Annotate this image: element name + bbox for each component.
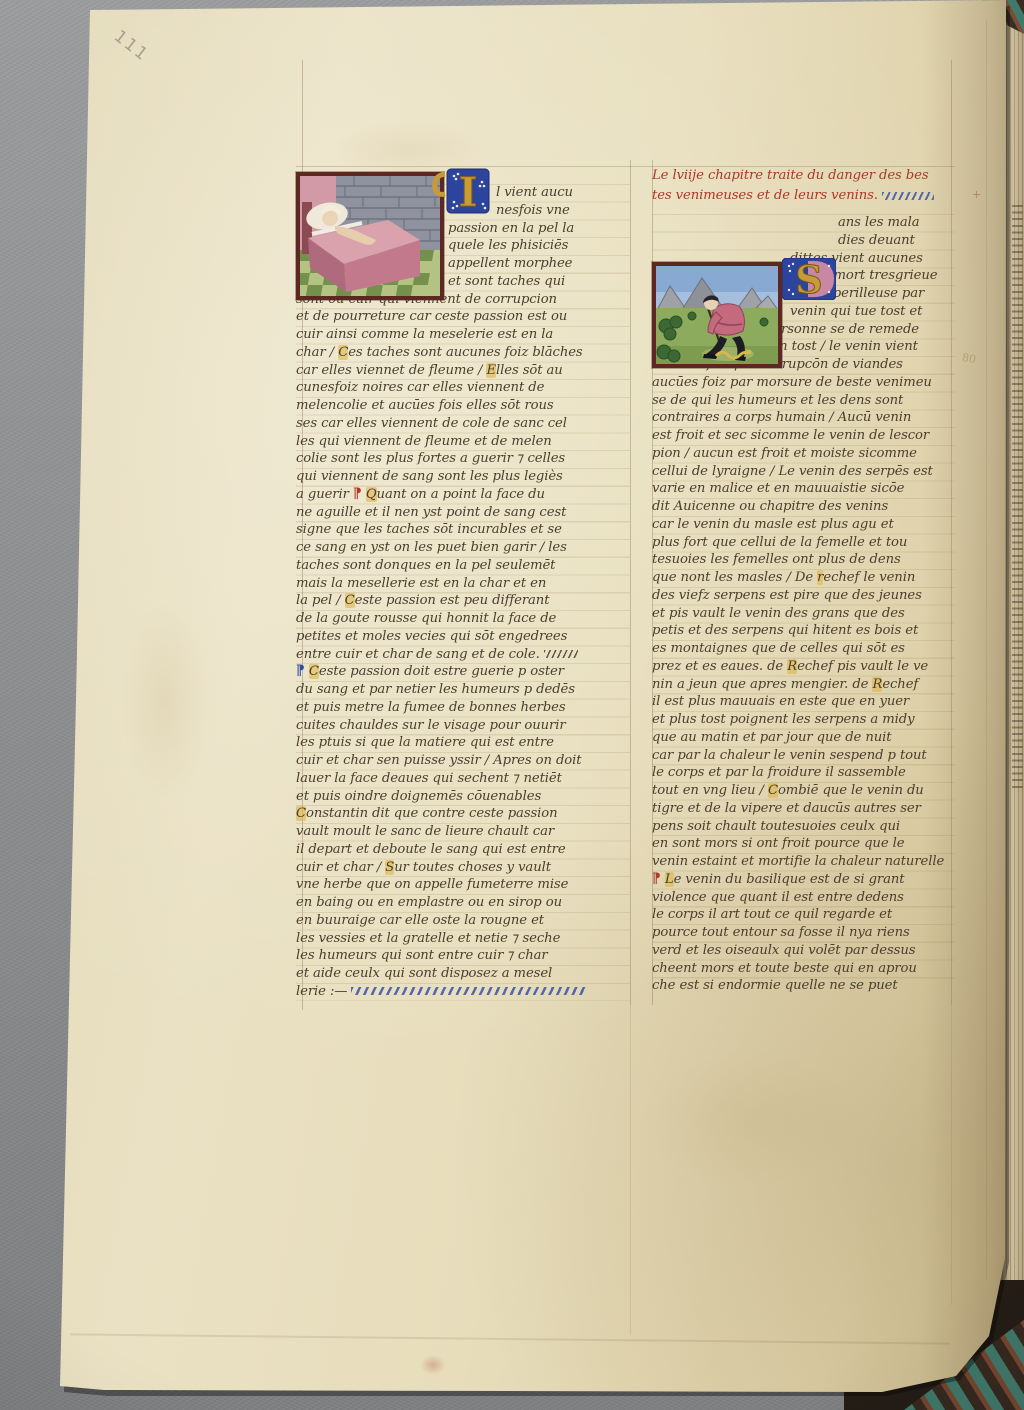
yellow-touched-letter: C [296,806,306,821]
text-line: varie en malice et en mauuaistie sicōe [652,480,955,498]
text-line: les ptuis si que la matiere qui est entr… [296,734,630,752]
text-line: plus fort que cellui de la femelle et to… [652,534,955,552]
yellow-touched-letter: r [817,570,823,585]
text-line: cheent mors et toute beste qui en aprou [652,960,955,978]
miniature-serpent [652,262,782,368]
text-line: il depart et deboute le sang qui est ent… [296,841,630,859]
text-line: passion en la pel la [448,220,630,238]
text-line: et de pourreture car ceste passion est o… [296,308,630,326]
parchment-crease [70,1333,950,1344]
right-column-body: S ans les maladies deuantdittes vient au… [652,214,955,995]
yellow-touched-letter: L [665,872,674,887]
text-line: tigre et de la vipere et daucūs autres s… [652,800,955,818]
text-line: dies deuant [838,232,955,250]
text-line: la pel / Ceste passion est peu differant [296,592,630,610]
pencil-folio-number: 111 [110,26,153,65]
text-line: ¶ Ceste passion doit estre guerie p oste… [296,663,630,681]
text-line: en baing ou en emplastre ou en sirop ou [296,894,630,912]
text-line: les qui viennent de fleume et de melen [296,433,630,451]
text-line: car par la chaleur le venin sespend p to… [652,747,955,765]
text-line: pens soit chault toutesuoies ceulx qui [652,818,955,836]
text-line: dit Auicenne ou chapitre des venins [652,498,955,516]
text-line: le corps il art tout ce quil regarde et [652,906,955,924]
blue-line-filler-short [882,192,934,200]
text-line: le corps et par la froidure il sassemble [652,764,955,782]
text-line: les vessies et la gratelle et netie ⁊ se… [296,930,630,948]
yellow-touched-letter: C [338,345,348,360]
text-line: cuites chauldes sur le visage pour ouuri… [296,717,630,735]
pilcrow-blue: ¶ [296,663,305,681]
text-line: venin qui tue tost et [790,303,955,321]
text-line: l vient aucu [496,184,630,202]
text-line: il est plus mauuais en este que en yuer [652,693,955,711]
text-line: cuir ainsi comme la meselerie est en la [296,326,630,344]
text-line: que nont les masles / De rechef le venin [652,569,955,587]
pilcrow-red: ¶ [652,871,661,889]
text-line: colie sont les plus fortes a guerir ⁊ ce… [296,450,630,468]
text-line: ne aguille et il nen yst point de sang c… [296,504,630,522]
text-line: pion / aucun est froit et moiste sicomme [652,445,955,463]
chapter-rubric: Le lviije chapitre traite du danger des … [652,166,955,206]
ruling-line-extension [630,1005,631,1335]
blue-line-filler [351,987,587,995]
text-line: lerie :— [296,983,630,1001]
next-folio-text-bleed [1012,205,1023,790]
page-edge-crease [986,20,987,1280]
text-line: ans les mala [838,214,955,232]
yellow-touched-letter: Q [366,487,377,502]
miniature-sickbed [296,172,444,300]
text-line: petis et des serpens qui hitent es bois … [652,622,955,640]
text-line: contraires a corps humain / Aucū venin [652,409,955,427]
red-smudge [420,1355,446,1375]
text-line: que au matin et par jour que de nuit [652,729,955,747]
text-line: est froit et sec sicomme le venin de les… [652,427,955,445]
parchment-stain [640,1050,860,1190]
text-line: nin a jeun que apres mengier. de Rechef [652,676,955,694]
text-line: nesfois vne [496,202,630,220]
yellow-touched-letter: C [768,783,778,798]
text-line: en buuraige car elle oste la rougne et [296,912,630,930]
text-line: a guerir ¶ Quant on a point la face du [296,486,630,504]
sickbed-scene [300,176,440,296]
text-line: lauer la face deaues qui sechent ⁊ netiē… [296,770,630,788]
parchment-page: 111 + 80 [0,0,1024,1410]
text-line: qui viennent de sang sont les plus legiè… [296,468,630,486]
text-line: melencolie et aucūes fois elles sōt rous [296,397,630,415]
text-line: quele les phisiciēs [448,237,630,255]
text-line: Constantin dit que contre ceste passion [296,805,630,823]
text-line: car le venin du masle est plus agu et [652,516,955,534]
text-line: pource tout entour sa fosse il nya riens [652,924,955,942]
rubric-line: Le lviije chapitre traite du danger des … [652,166,955,186]
manuscript-photo: 111 + 80 [0,0,1024,1410]
yellow-touched-letter: R [787,659,797,674]
right-text-column: Le lviije chapitre traite du danger des … [652,166,955,995]
text-line: verd et les oiseaulx qui volēt par dessu… [652,942,955,960]
text-line: char / Ces taches sont aucunes foiz blāc… [296,344,630,362]
yellow-touched-letter: C [309,664,319,679]
text-line: du sang et par netier les humeurs p dedē… [296,681,630,699]
text-line: et aide ceulx qui sont disposez a mesel [296,965,630,983]
text-line: aucūes foiz par morsure de beste venimeu [652,374,955,392]
serpent-scene [656,266,778,364]
text-line: petites et moles vecies qui sōt engedree… [296,628,630,646]
ruling-line [630,160,631,1005]
text-line: tout en vng lieu / Combiē que le venin d… [652,782,955,800]
text-line: appellent morphee [448,255,630,273]
text-line: violence que quant il est entre dedens [652,889,955,907]
text-line: tesuoies les femelles ont plus de dens [652,551,955,569]
text-line: che est si endormie quelle ne se puet [652,977,955,995]
yellow-touched-letter: E [486,363,496,378]
text-line: et puis metre la fumee de bonnes herbes [296,699,630,717]
text-line: cunesfoiz noires car elles viennent de [296,379,630,397]
yellow-touched-letter: R [872,677,882,692]
text-line: et plus tost poignent les serpens a midy [652,711,955,729]
text-line: et puis oindre doignemēs cōuenables [296,788,630,806]
text-line: mais la mesellerie est en la char et en [296,575,630,593]
text-line: cuir et char sen puisse yssir / Apres on… [296,752,630,770]
yellow-touched-letter: S [385,860,394,875]
text-line: ses car elles viennent de cole de sanc c… [296,415,630,433]
decorated-initial-S: S [782,258,836,300]
text-line: cellui de lyraigne / Le venin des serpēs… [652,463,955,481]
rubric-line: tes venimeuses et de leurs venins. [652,186,955,206]
text-line: et sont taches qui [448,273,630,291]
text-line: des viefz serpens est pire que des jeune… [652,587,955,605]
text-line: cuir et char / Sur toutes choses y vault [296,859,630,877]
decorated-initial-I: I [435,168,489,214]
ink-line-filler [544,650,578,658]
text-line: es montaignes que de celles qui sōt es [652,640,955,658]
text-line: vne herbe que on appelle fumeterre mise [296,876,630,894]
text-line: et pis vault le venin des grans que des [652,605,955,623]
margin-cross-mark: + [972,188,981,201]
text-line: les humeurs qui sont entre cuir ⁊ char [296,947,630,965]
text-line: venin estaint et mortifie la chaleur nat… [652,853,955,871]
text-line: ce sang en yst on les puet bien garir / … [296,539,630,557]
ruling-line-extension [951,1005,952,1305]
text-line: signe que les taches sōt incurables et s… [296,521,630,539]
svg-text:S: S [795,258,822,300]
text-line: entre cuir et char de sang et de cole. [296,646,630,664]
text-line: ¶ Le venin du basilique est de si grant [652,871,955,889]
svg-text:I: I [459,169,478,216]
left-text-column: I l vient aucunesfois vnepassion en la p… [296,184,630,1001]
text-line: se de qui les humeurs et les dens sont [652,392,955,410]
text-line: car elles viennet de fleume / Elles sōt … [296,362,630,380]
margin-number-mark: 80 [961,351,977,366]
text-line: taches sont donques en la pel seulemēt [296,557,630,575]
text-line: vault moult le sanc de lieure chault car [296,823,630,841]
text-line: de la goute rousse qui honnit la face de [296,610,630,628]
yellow-touched-letter: C [345,593,355,608]
parchment-stain [120,600,210,800]
text-line: prez et es eaues. de Rechef pis vault le… [652,658,955,676]
pilcrow-red: ¶ [353,486,362,504]
text-line: en sont mors si ont froit pource que le [652,835,955,853]
